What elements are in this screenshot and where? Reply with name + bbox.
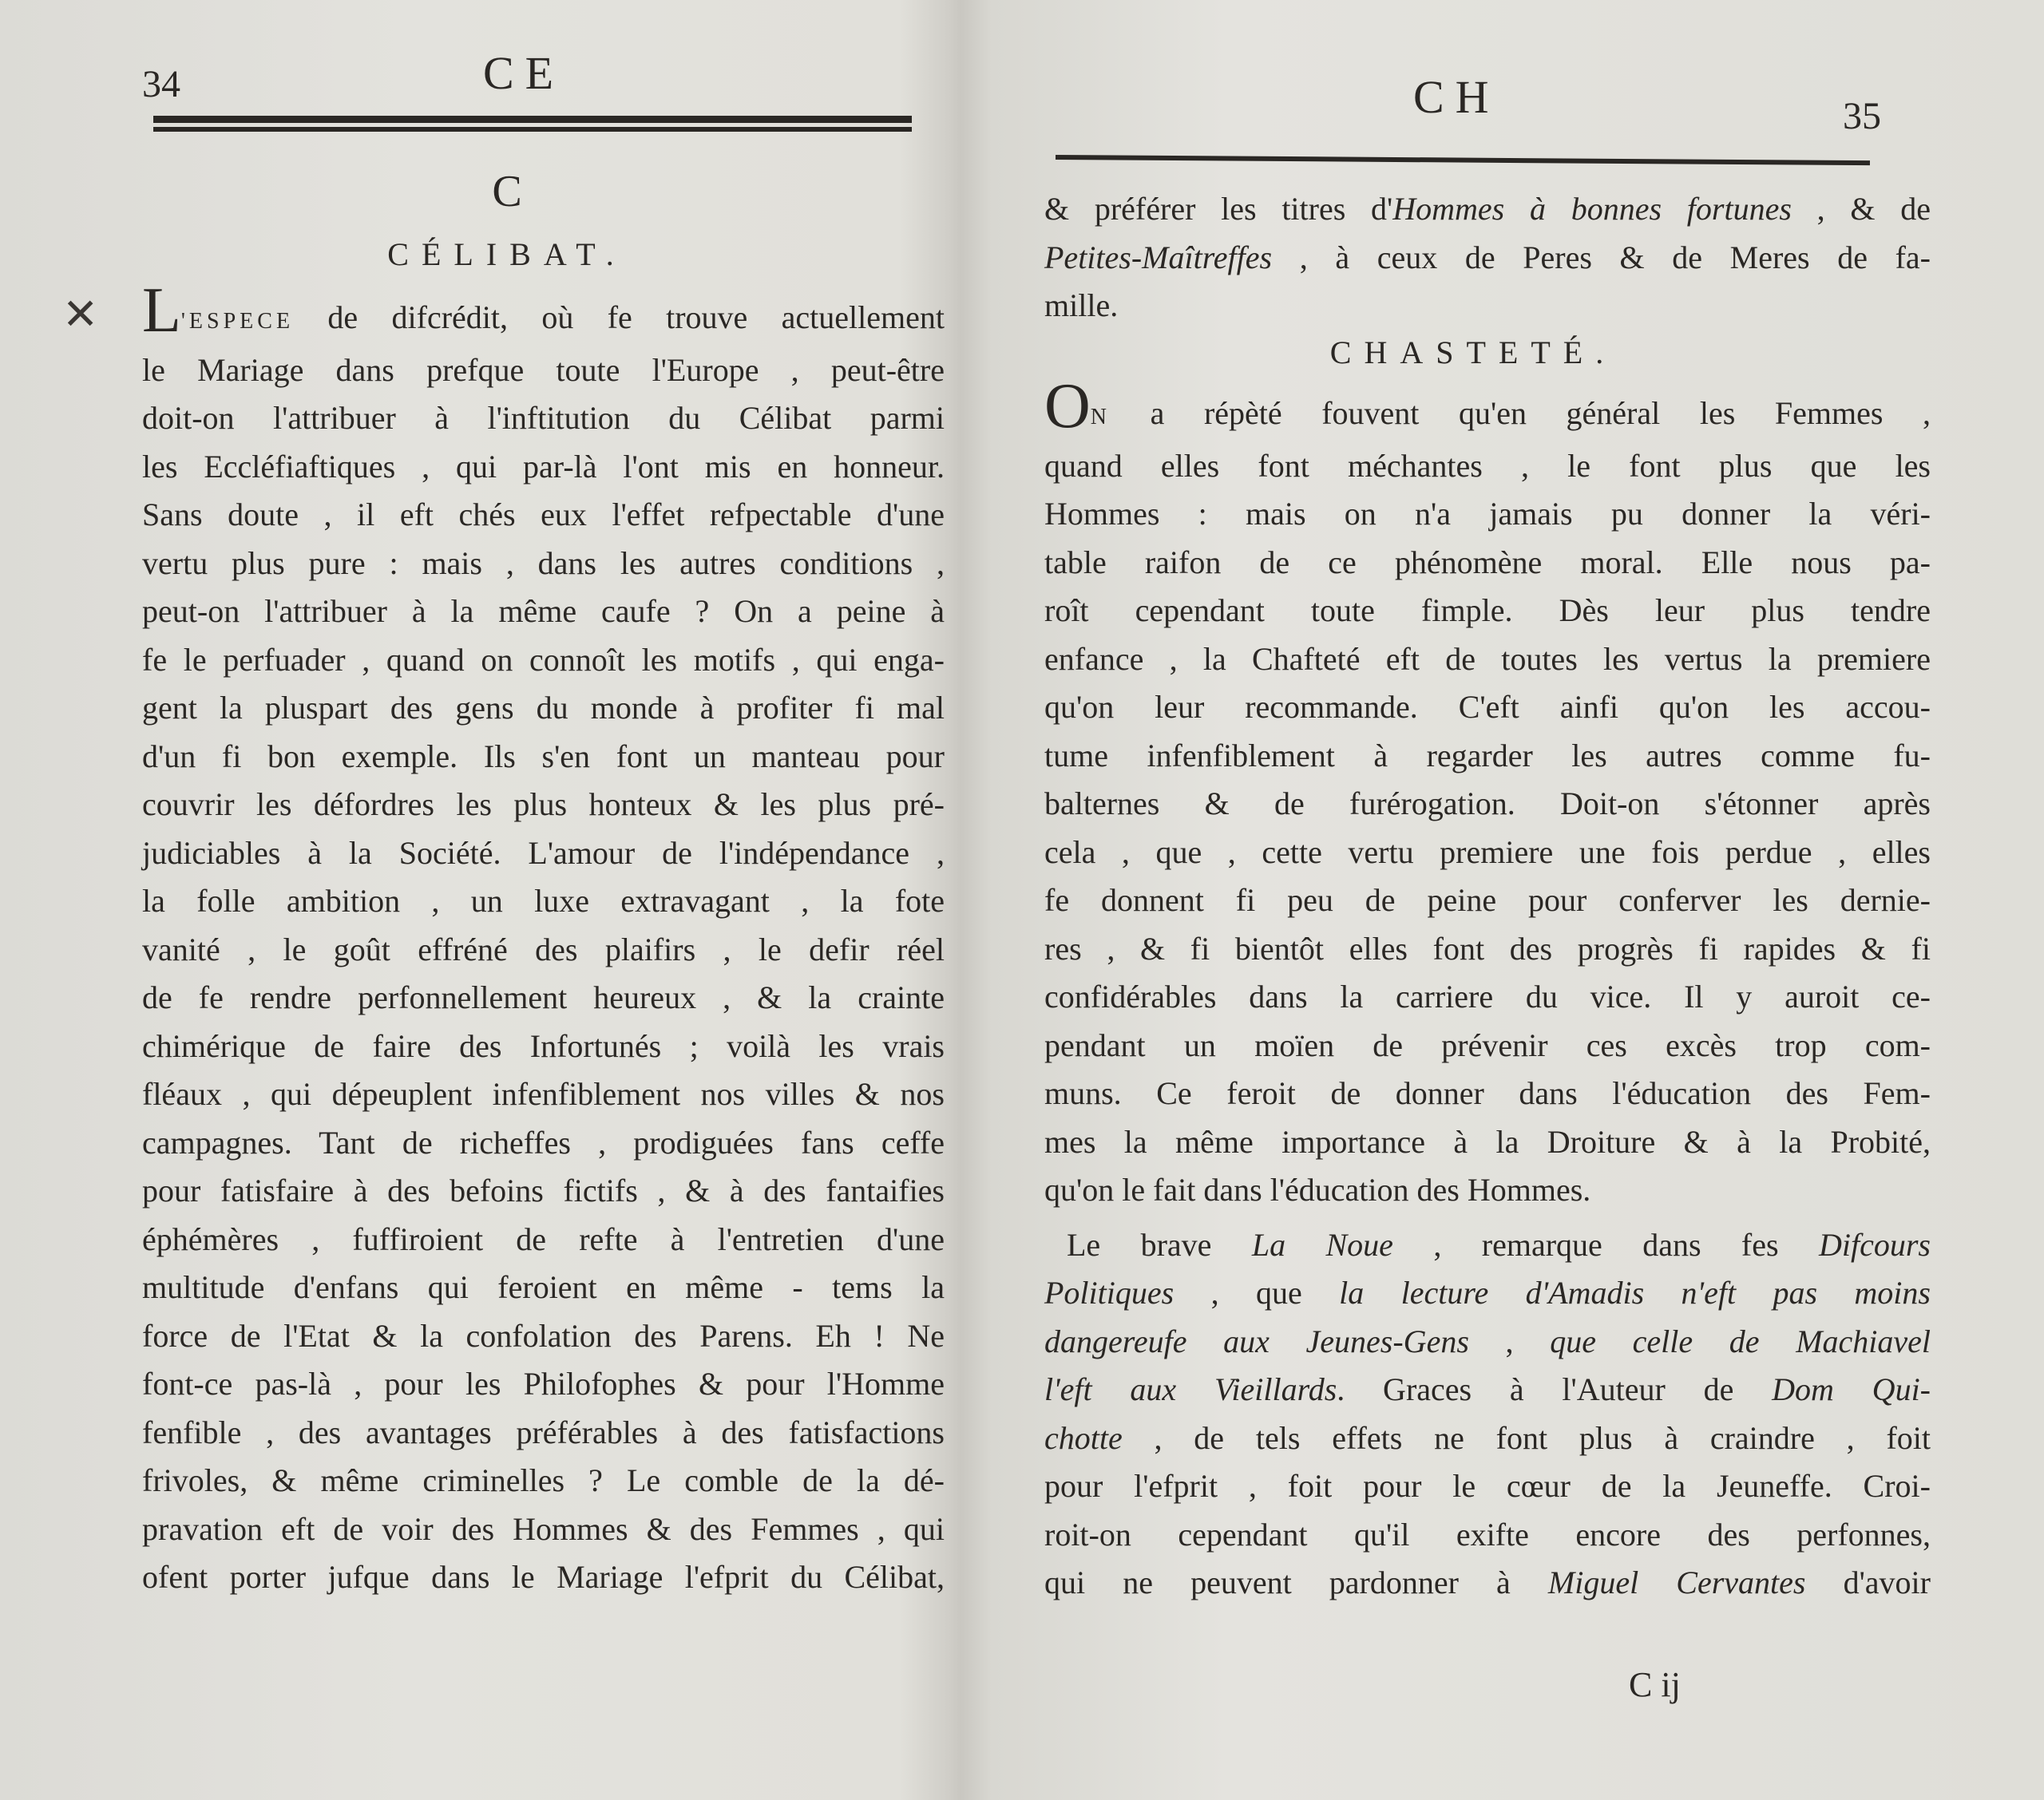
text-line: ofent porter jufque dans le Mariage l'ef… [142, 1553, 945, 1602]
dropcap: O [1044, 371, 1091, 441]
text-line: le Mariage dans prefque toute l'Europe ,… [142, 346, 945, 395]
text-line: Politiques , que la lecture d'Amadis n'e… [1044, 1269, 1931, 1318]
text-line: quand elles font méchantes , le font plu… [1044, 442, 1931, 491]
text-line: fenfible , des avantages préférables à d… [142, 1409, 945, 1458]
text-line: d'un fi bon exemple. Ils s'en font un ma… [142, 733, 945, 781]
text-line: pour l'efprit , foit pour le cœur de la … [1044, 1462, 1931, 1511]
text-line: tume infenfiblement à regarder les autre… [1044, 732, 1931, 781]
text-line: Hommes : mais on n'a jamais pu donner la… [1044, 490, 1931, 539]
text-line: pendant un moïen de prévenir ces excès t… [1044, 1022, 1931, 1070]
text-line: muns. Ce feroit de donner dans l'éducati… [1044, 1070, 1931, 1118]
text-line: l'eft aux Vieillards. Graces à l'Auteur … [1044, 1366, 1931, 1414]
text-line: pour fatisfaire à des befoins fictifs , … [142, 1167, 945, 1216]
margin-x-mark-icon: ✕ [62, 289, 98, 339]
text-line: chotte , de tels effets ne font plus à c… [1044, 1414, 1931, 1463]
left-page: 34 CE C CÉLIBAT. ✕ L'ESPECE de difcrédit… [0, 0, 950, 1800]
text-line: peut-on l'attribuer à la même caufe ? On… [142, 587, 945, 636]
text-line: enfance , la Chafteté eft de toutes les … [1044, 635, 1931, 684]
text-line: table raifon de ce phénomène moral. Elle… [1044, 539, 1931, 587]
text-line: couvrir les défordres les plus honteux &… [142, 781, 945, 829]
text-line: balternes & de furérogation. Doit-on s'é… [1044, 780, 1931, 829]
text-line: cela , que , cette vertu premiere une fo… [1044, 829, 1931, 877]
text-line: pravation eft de voir des Hommes & des F… [142, 1505, 945, 1554]
text-line: dangereufe aux Jeunes-Gens , que celle d… [1044, 1318, 1931, 1367]
text-line: vertu plus pure : mais , dans les autres… [142, 540, 945, 588]
text-line: force de l'Etat & la confolation des Par… [142, 1312, 945, 1361]
section-letter: C [32, 166, 982, 217]
text-line: éphémères , fuffiroient de refte à l'ent… [142, 1216, 945, 1264]
signature-mark: C ij [1629, 1664, 1681, 1705]
right-page: CH 35 & préférer les titres d'Hommes à b… [998, 0, 2044, 1800]
text-line: doit-on l'attribuer à l'inftitution du C… [142, 394, 945, 443]
header-rule [1056, 155, 1870, 165]
header-rule-double [153, 116, 912, 140]
text-line: qui ne peuvent pardonner à Miguel Cervan… [1044, 1559, 1931, 1608]
text-line: vanité , le goût effréné des plaifirs , … [142, 926, 945, 975]
text-line: multitude d'enfans qui feroient en même … [142, 1264, 945, 1312]
text-line: frivoles, & même criminelles ? Le comble… [142, 1457, 945, 1505]
text-line: fe donnent fi peu de peine pour conferve… [1044, 876, 1931, 925]
text-line: confidérables dans la carriere du vice. … [1044, 973, 1931, 1022]
text-line: fe le perfuader , quand on connoît les m… [142, 636, 945, 685]
text-line: de fe rendre perfonnellement heureux , &… [142, 974, 945, 1023]
text-line: Petites-Maîtreffes , à ceux de Peres & d… [1044, 234, 1931, 283]
text-line: les Eccléfiaftiques , qui par-là l'ont m… [142, 443, 945, 492]
text-line: font-ce pas-là , pour les Philofophes & … [142, 1360, 945, 1409]
text-line: chimérique de faire des Infortunés ; voi… [142, 1023, 945, 1071]
text-line: mille. [1044, 282, 1931, 330]
article-title-celibat: CÉLIBAT. [32, 235, 982, 273]
page-number-left: 34 [142, 62, 180, 106]
article-body-celibat: L'ESPECE de difcrédit, où fe trouve actu… [142, 294, 945, 1602]
text-line: Le brave La Noue , remarque dans fes Dif… [1044, 1221, 1931, 1270]
text-line: qu'on le fait dans l'éducation des Homme… [1044, 1166, 1931, 1215]
continuation-text: & préférer les titres d'Hommes à bonnes … [1044, 185, 1931, 330]
text-line: mes la même importance à la Droiture & à… [1044, 1118, 1931, 1167]
article-body-chastete: ON a répèté fouvent qu'en général les Fe… [1044, 390, 1931, 1608]
text-line: L'ESPECE de difcrédit, où fe trouve actu… [142, 294, 945, 346]
text-line: & préférer les titres d'Hommes à bonnes … [1044, 185, 1931, 234]
text-line: gent la pluspart des gens du monde à pro… [142, 684, 945, 733]
running-head-left: CE [483, 46, 564, 100]
text-line: Sans doute , il eft chés eux l'effet ref… [142, 491, 945, 540]
text-line: la folle ambition , un luxe extravagant … [142, 877, 945, 926]
page-number-right: 35 [1843, 94, 1881, 138]
running-head-right: CH [1413, 70, 1500, 124]
text-line: ON a répèté fouvent qu'en général les Fe… [1044, 390, 1931, 442]
text-line: judiciables à la Société. L'amour de l'i… [142, 829, 945, 878]
article-title-chastete: CHASTETÉ. [950, 334, 1996, 371]
text-line: res , & fi bientôt elles font des progrè… [1044, 925, 1931, 974]
text-line: roit-on cependant qu'il exifte encore de… [1044, 1511, 1931, 1560]
text-line: campagnes. Tant de richeffes , prodiguée… [142, 1119, 945, 1168]
text-line: roît cependant toute fimple. Dès leur pl… [1044, 587, 1931, 635]
text-line: fléaux , qui dépeuplent infenfiblement n… [142, 1070, 945, 1119]
text-line: qu'on leur recommande. C'eft ainfi qu'on… [1044, 683, 1931, 732]
dropcap: L [142, 275, 181, 346]
book-spread: 34 CE C CÉLIBAT. ✕ L'ESPECE de difcrédit… [0, 0, 2044, 1800]
